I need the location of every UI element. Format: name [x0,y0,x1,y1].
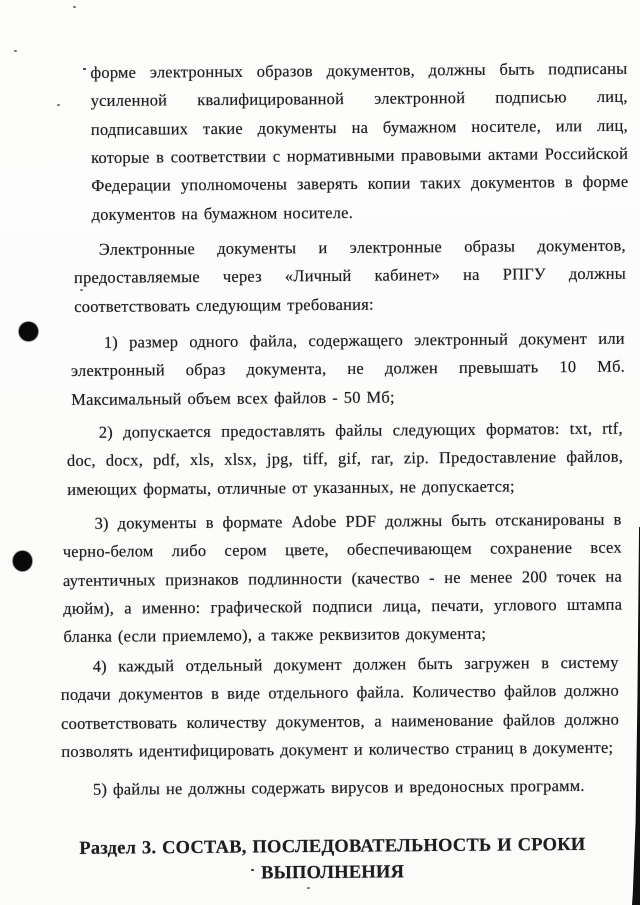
scan-speck [307,887,310,889]
paragraph-signature-requirements: форме электронных образов документов, до… [90,55,628,229]
list-item-2-file-formats: 2) допускается предоставлять файлы следу… [67,415,624,504]
scan-speck [73,6,76,8]
list-item-5-no-viruses: 5) файлы не должны содержать вирусов и в… [61,772,619,805]
list-item-1-file-size: 1) размер одного файла, содержащего элек… [71,325,626,414]
scan-speck [57,104,60,106]
scan-edge-artifact [632,527,640,905]
list-item-3-pdf-scan-quality: 3) документы в формате Adobe PDF должны … [62,506,622,652]
hole-punch-mark-bottom [13,551,32,571]
section-heading: Раздел 3. СОСТАВ, ПОСЛЕДОВАТЕЛЬНОСТЬ И С… [60,832,605,888]
list-item-4-separate-files: 4) каждый отдельный документ должен быть… [61,649,620,767]
scan-speck [83,68,86,70]
scan-speck [14,50,17,52]
paragraph-edocument-requirements-intro: Электронные документы и электронные обра… [74,232,627,321]
scanned-document-page: форме электронных образов документов, до… [0,0,640,905]
hole-punch-mark-top [19,322,38,341]
